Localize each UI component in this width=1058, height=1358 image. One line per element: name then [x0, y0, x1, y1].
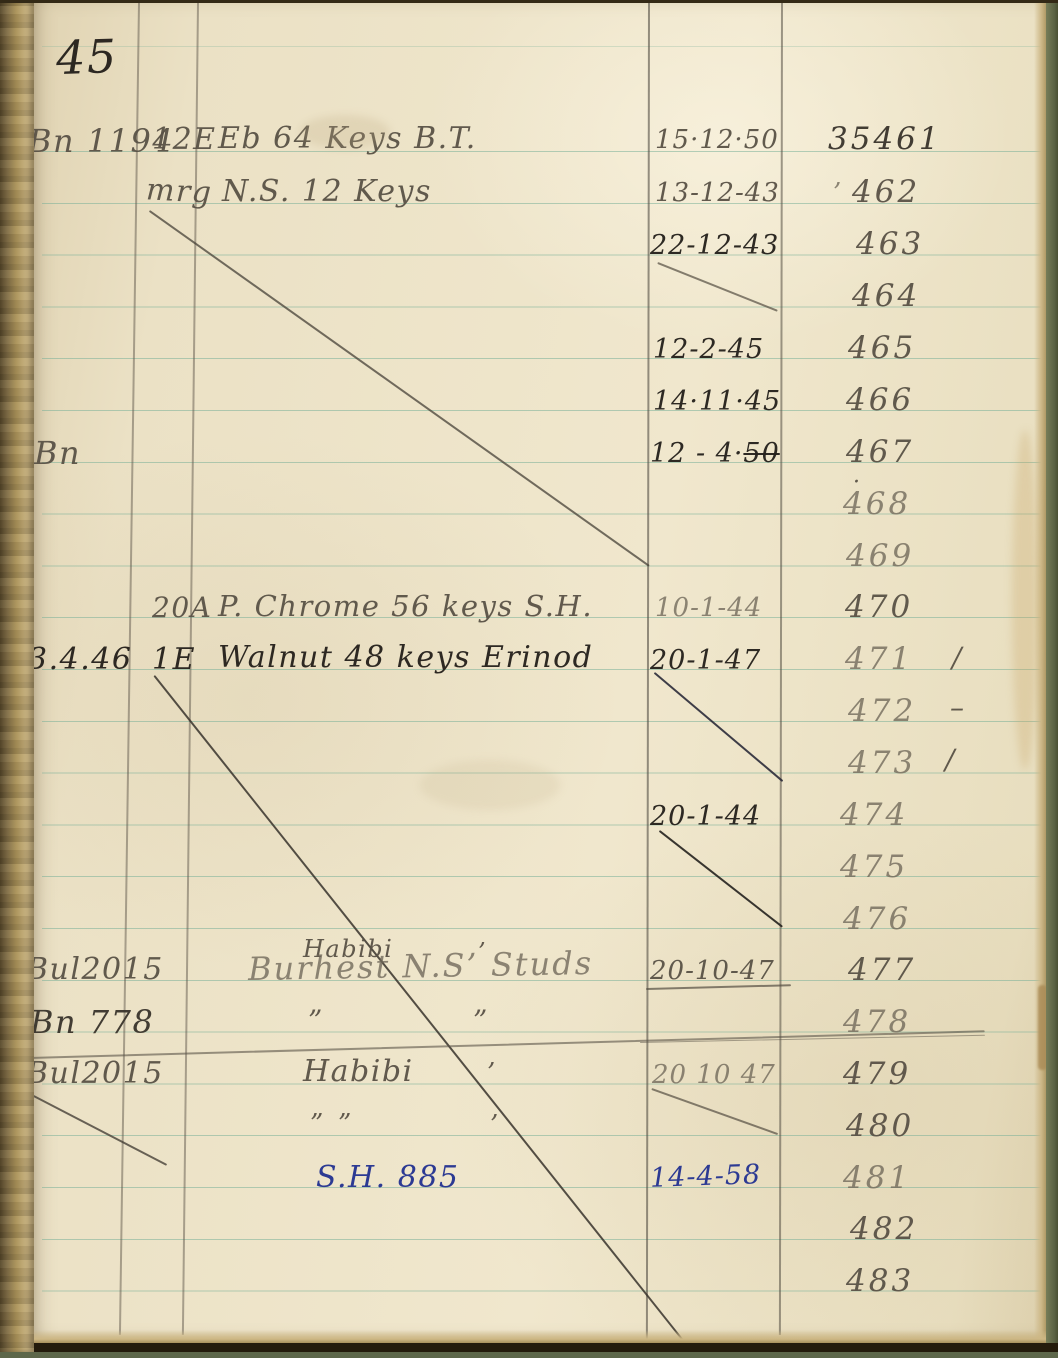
serial-entry: 468: [843, 489, 911, 520]
ditto-tick: ’: [833, 180, 843, 206]
quote-mark: ’: [487, 1060, 497, 1086]
paper-stain: [300, 115, 390, 149]
serial-entry: 469: [846, 541, 914, 572]
binding-texture: [0, 0, 34, 1352]
ref-entry: Bul2015: [26, 1059, 164, 1089]
note-entry: mrg: [145, 175, 213, 208]
serial-entry: 481: [843, 1163, 911, 1194]
serial-entry: 483: [846, 1266, 914, 1297]
date-entry: 10-1-44: [655, 595, 762, 621]
ref-entry: Bn: [34, 437, 81, 469]
serial-entry: 474: [840, 800, 908, 831]
date-entry-with-strike: 12 - 4·50: [650, 440, 780, 467]
serial-entry: 463: [856, 229, 924, 260]
check-mark: –: [950, 694, 966, 722]
ref-entry: 3.4.46: [28, 645, 132, 675]
book-cover-edge: [0, 1343, 1058, 1352]
serial-entry: 466: [846, 385, 914, 416]
paper-stain: [1012, 430, 1038, 770]
serial-entry: 465: [848, 333, 916, 364]
page-number: 45: [55, 33, 118, 81]
serial-entry: 482: [850, 1214, 918, 1245]
serial-entry: 462: [852, 177, 920, 208]
page-top-edge: [0, 0, 1058, 3]
ruled-line-faint: [42, 46, 1042, 47]
ledger-page-photo: 45 Bn 1194 12E Eb 64 Keys B.T. 15·12·50 …: [0, 0, 1058, 1358]
serial-entry: 479: [843, 1059, 911, 1090]
ditto-mark: ”: [308, 1007, 324, 1035]
paper-stain: [420, 760, 560, 810]
serial-entry: 476: [843, 904, 911, 935]
date-entry: 13-12-43: [655, 180, 780, 206]
description-entry: N.S. 12 Keys: [222, 177, 432, 207]
page-bottom-edge: [28, 1330, 1046, 1343]
check-mark: ∕: [952, 644, 963, 672]
serial-entry: 464: [852, 281, 920, 312]
model-entry: 12E: [152, 125, 217, 155]
date-entry: 14·11·45: [653, 388, 781, 415]
background-bottom: [0, 1352, 1058, 1358]
serial-entry: 475: [840, 852, 908, 883]
date-struck-part: 50: [743, 438, 779, 469]
date-entry: 22-12-43: [650, 232, 779, 259]
serial-entry: 480: [846, 1111, 914, 1142]
ref-entry: Bn 778: [30, 1006, 154, 1038]
serial-entry: 471: [845, 644, 913, 675]
blue-ink-entry: S.H. 885: [316, 1163, 460, 1193]
serial-entry: 470: [845, 592, 913, 623]
description-entry: Burhest N.S’ Studs: [248, 947, 594, 985]
description-entry: Habibi: [303, 1057, 414, 1087]
ruled-lines: [42, 151, 1042, 1331]
date-entry: 20 10 47: [652, 1062, 776, 1088]
model-entry: 1E: [152, 645, 196, 675]
ditto-mark: ”: [310, 1111, 325, 1137]
date-entry: 14-4-58: [650, 1161, 762, 1192]
ref-entry: Bul2015: [26, 955, 164, 985]
check-mark: ∕: [945, 746, 956, 774]
background-right: [1046, 0, 1058, 1358]
description-entry: P. Chrome 56 keys S.H.: [218, 592, 593, 621]
date-entry: 12-2-45: [653, 336, 764, 363]
description-entry: Walnut 48 keys Erinod: [218, 643, 593, 673]
serial-entry: 467: [846, 437, 914, 468]
date-entry: 20-1-47: [650, 647, 761, 674]
ditto-mark: ”: [338, 1111, 353, 1137]
serial-entry: 473: [848, 748, 916, 779]
serial-entry: 472: [848, 696, 916, 727]
model-entry: 20A: [152, 594, 212, 622]
serial-entry: 478: [843, 1007, 911, 1038]
quote-mark: ’: [490, 1112, 500, 1138]
date-entry: 20-10-47: [650, 958, 775, 984]
serial-entry: 35461: [828, 124, 942, 155]
date-entry: 20-1-44: [650, 803, 761, 830]
date-entry: 15·12·50: [655, 127, 779, 153]
ditto-mark: ”: [473, 1007, 489, 1035]
serial-entry: 477: [848, 955, 916, 986]
date-part: 12 - 4·: [650, 438, 743, 469]
